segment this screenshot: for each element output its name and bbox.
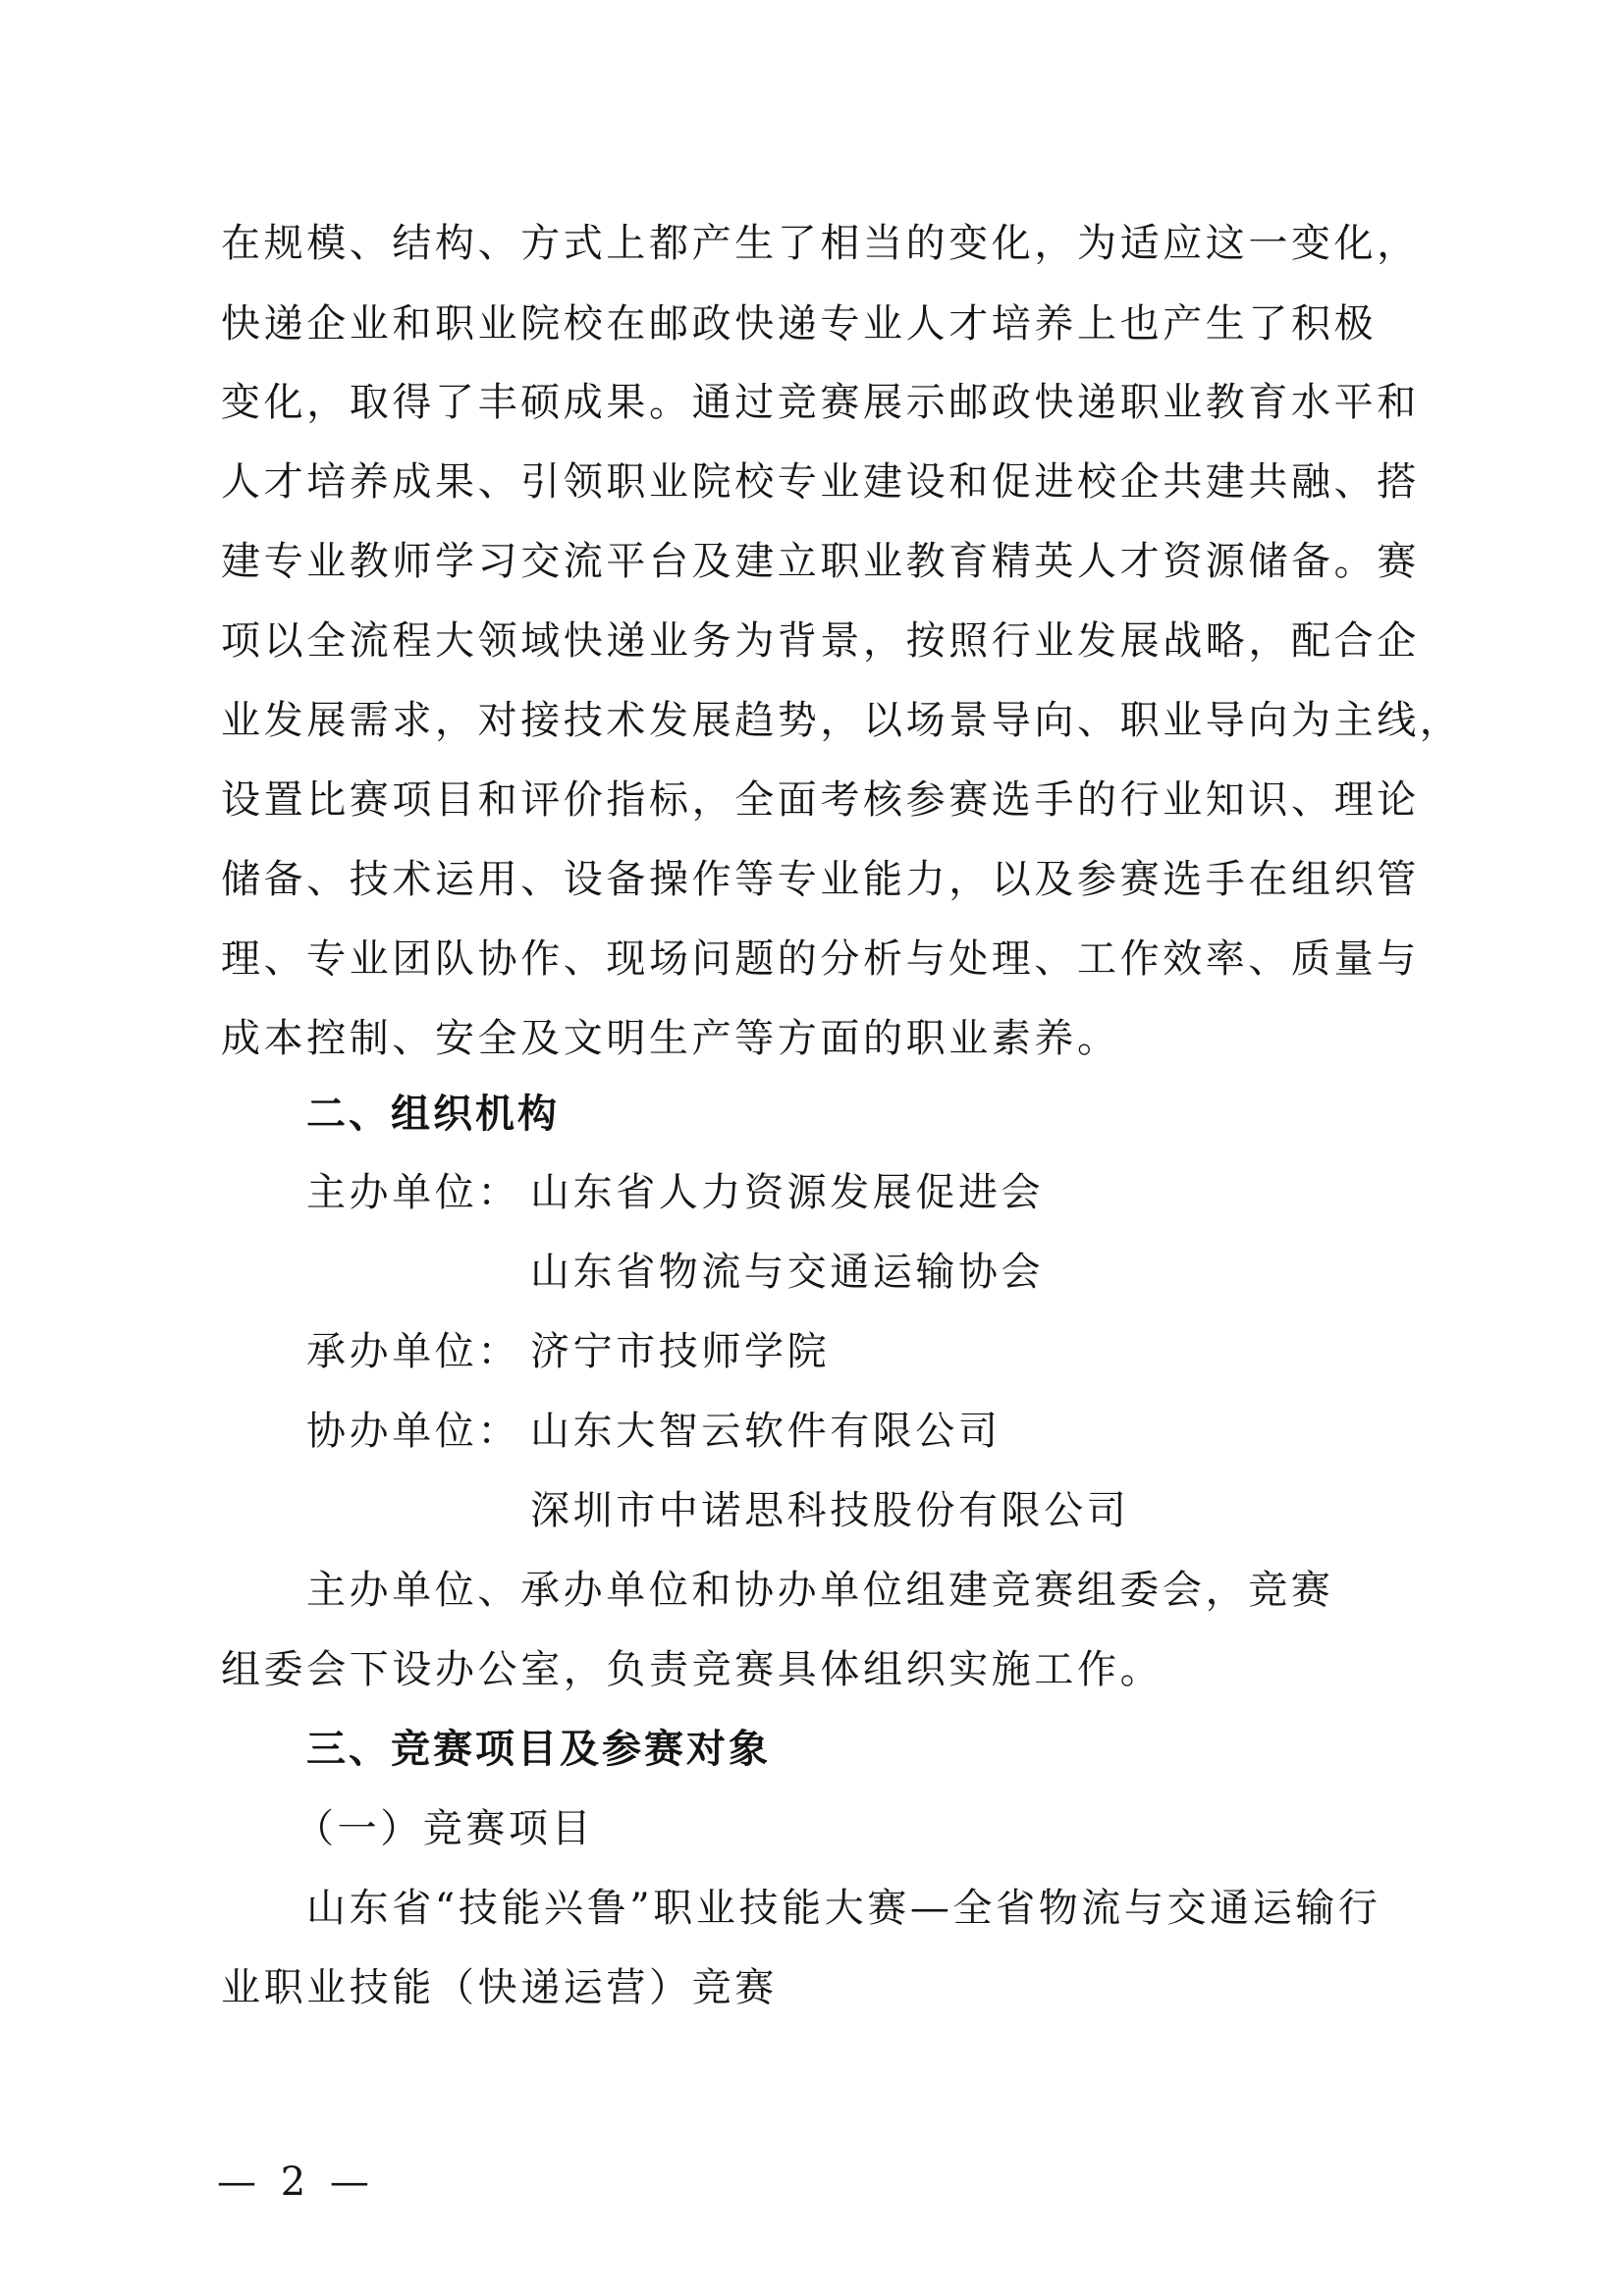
paragraph-line: 业发展需求，对接技术发展趋势，以场景导向、职业导向为主线， bbox=[221, 691, 1462, 750]
paragraph-line: 在规模、结构、方式上都产生了相当的变化，为适应这一变化， bbox=[221, 214, 1420, 273]
page-number: — 2 — bbox=[217, 2153, 375, 2212]
paragraph-line: 设置比赛项目和评价指标，全面考核参赛选手的行业知识、理论 bbox=[221, 771, 1420, 829]
organizer-value-co-organizer-1: 山东大智云软件有限公司 bbox=[530, 1402, 1001, 1461]
subsection-heading-competition-items: （一）竞赛项目 bbox=[295, 1799, 594, 1858]
section-heading-competition: 三、竞赛项目及参赛对象 bbox=[306, 1720, 771, 1779]
paragraph-line: 储备、技术运用、设备操作等专业能力，以及参赛选手在组织管 bbox=[221, 850, 1420, 909]
paragraph-line: 人才培养成果、引领职业院校专业建设和促进校企共建共融、搭 bbox=[221, 453, 1420, 511]
paragraph-line: 项以全流程大领域快递业务为背景，按照行业发展战略，配合企 bbox=[221, 612, 1420, 670]
paragraph-line: 变化，取得了丰硕成果。通过竞赛展示邮政快递职业教育水平和 bbox=[221, 373, 1420, 432]
paragraph-line: 业职业技能（快递运营）竞赛 bbox=[221, 1958, 778, 2017]
organizer-label-undertaker: 承办单位： bbox=[306, 1322, 520, 1381]
organizer-value-host-2: 山东省物流与交通运输协会 bbox=[530, 1243, 1044, 1302]
organizer-value-undertaker-1: 济宁市技师学院 bbox=[530, 1322, 830, 1381]
paragraph-line: 成本控制、安全及文明生产等方面的职业素养。 bbox=[221, 1009, 1120, 1068]
document-page: 在规模、结构、方式上都产生了相当的变化，为适应这一变化， 快递企业和职业院校在邮… bbox=[0, 0, 1624, 2296]
paragraph-line: 山东省“技能兴鲁”职业技能大赛—全省物流与交通运输行 bbox=[306, 1879, 1381, 1938]
paragraph-line: 组委会下设办公室，负责竞赛具体组织实施工作。 bbox=[221, 1640, 1163, 1699]
section-heading-organization: 二、组织机构 bbox=[306, 1085, 560, 1144]
paragraph-line: 理、专业团队协作、现场问题的分析与处理、工作效率、质量与 bbox=[221, 930, 1420, 988]
organizer-label-host: 主办单位： bbox=[306, 1163, 520, 1222]
paragraph-line: 主办单位、承办单位和协办单位组建竞赛组委会，竞赛 bbox=[306, 1561, 1333, 1620]
organizer-label-co-organizer: 协办单位： bbox=[306, 1402, 520, 1461]
paragraph-line: 快递企业和职业院校在邮政快递专业人才培养上也产生了积极 bbox=[221, 294, 1377, 353]
organizer-value-co-organizer-2: 深圳市中诺思科技股份有限公司 bbox=[530, 1481, 1129, 1540]
paragraph-line: 建专业教师学习交流平台及建立职业教育精英人才资源储备。赛 bbox=[221, 532, 1420, 591]
organizer-value-host-1: 山东省人力资源发展促进会 bbox=[530, 1163, 1044, 1222]
